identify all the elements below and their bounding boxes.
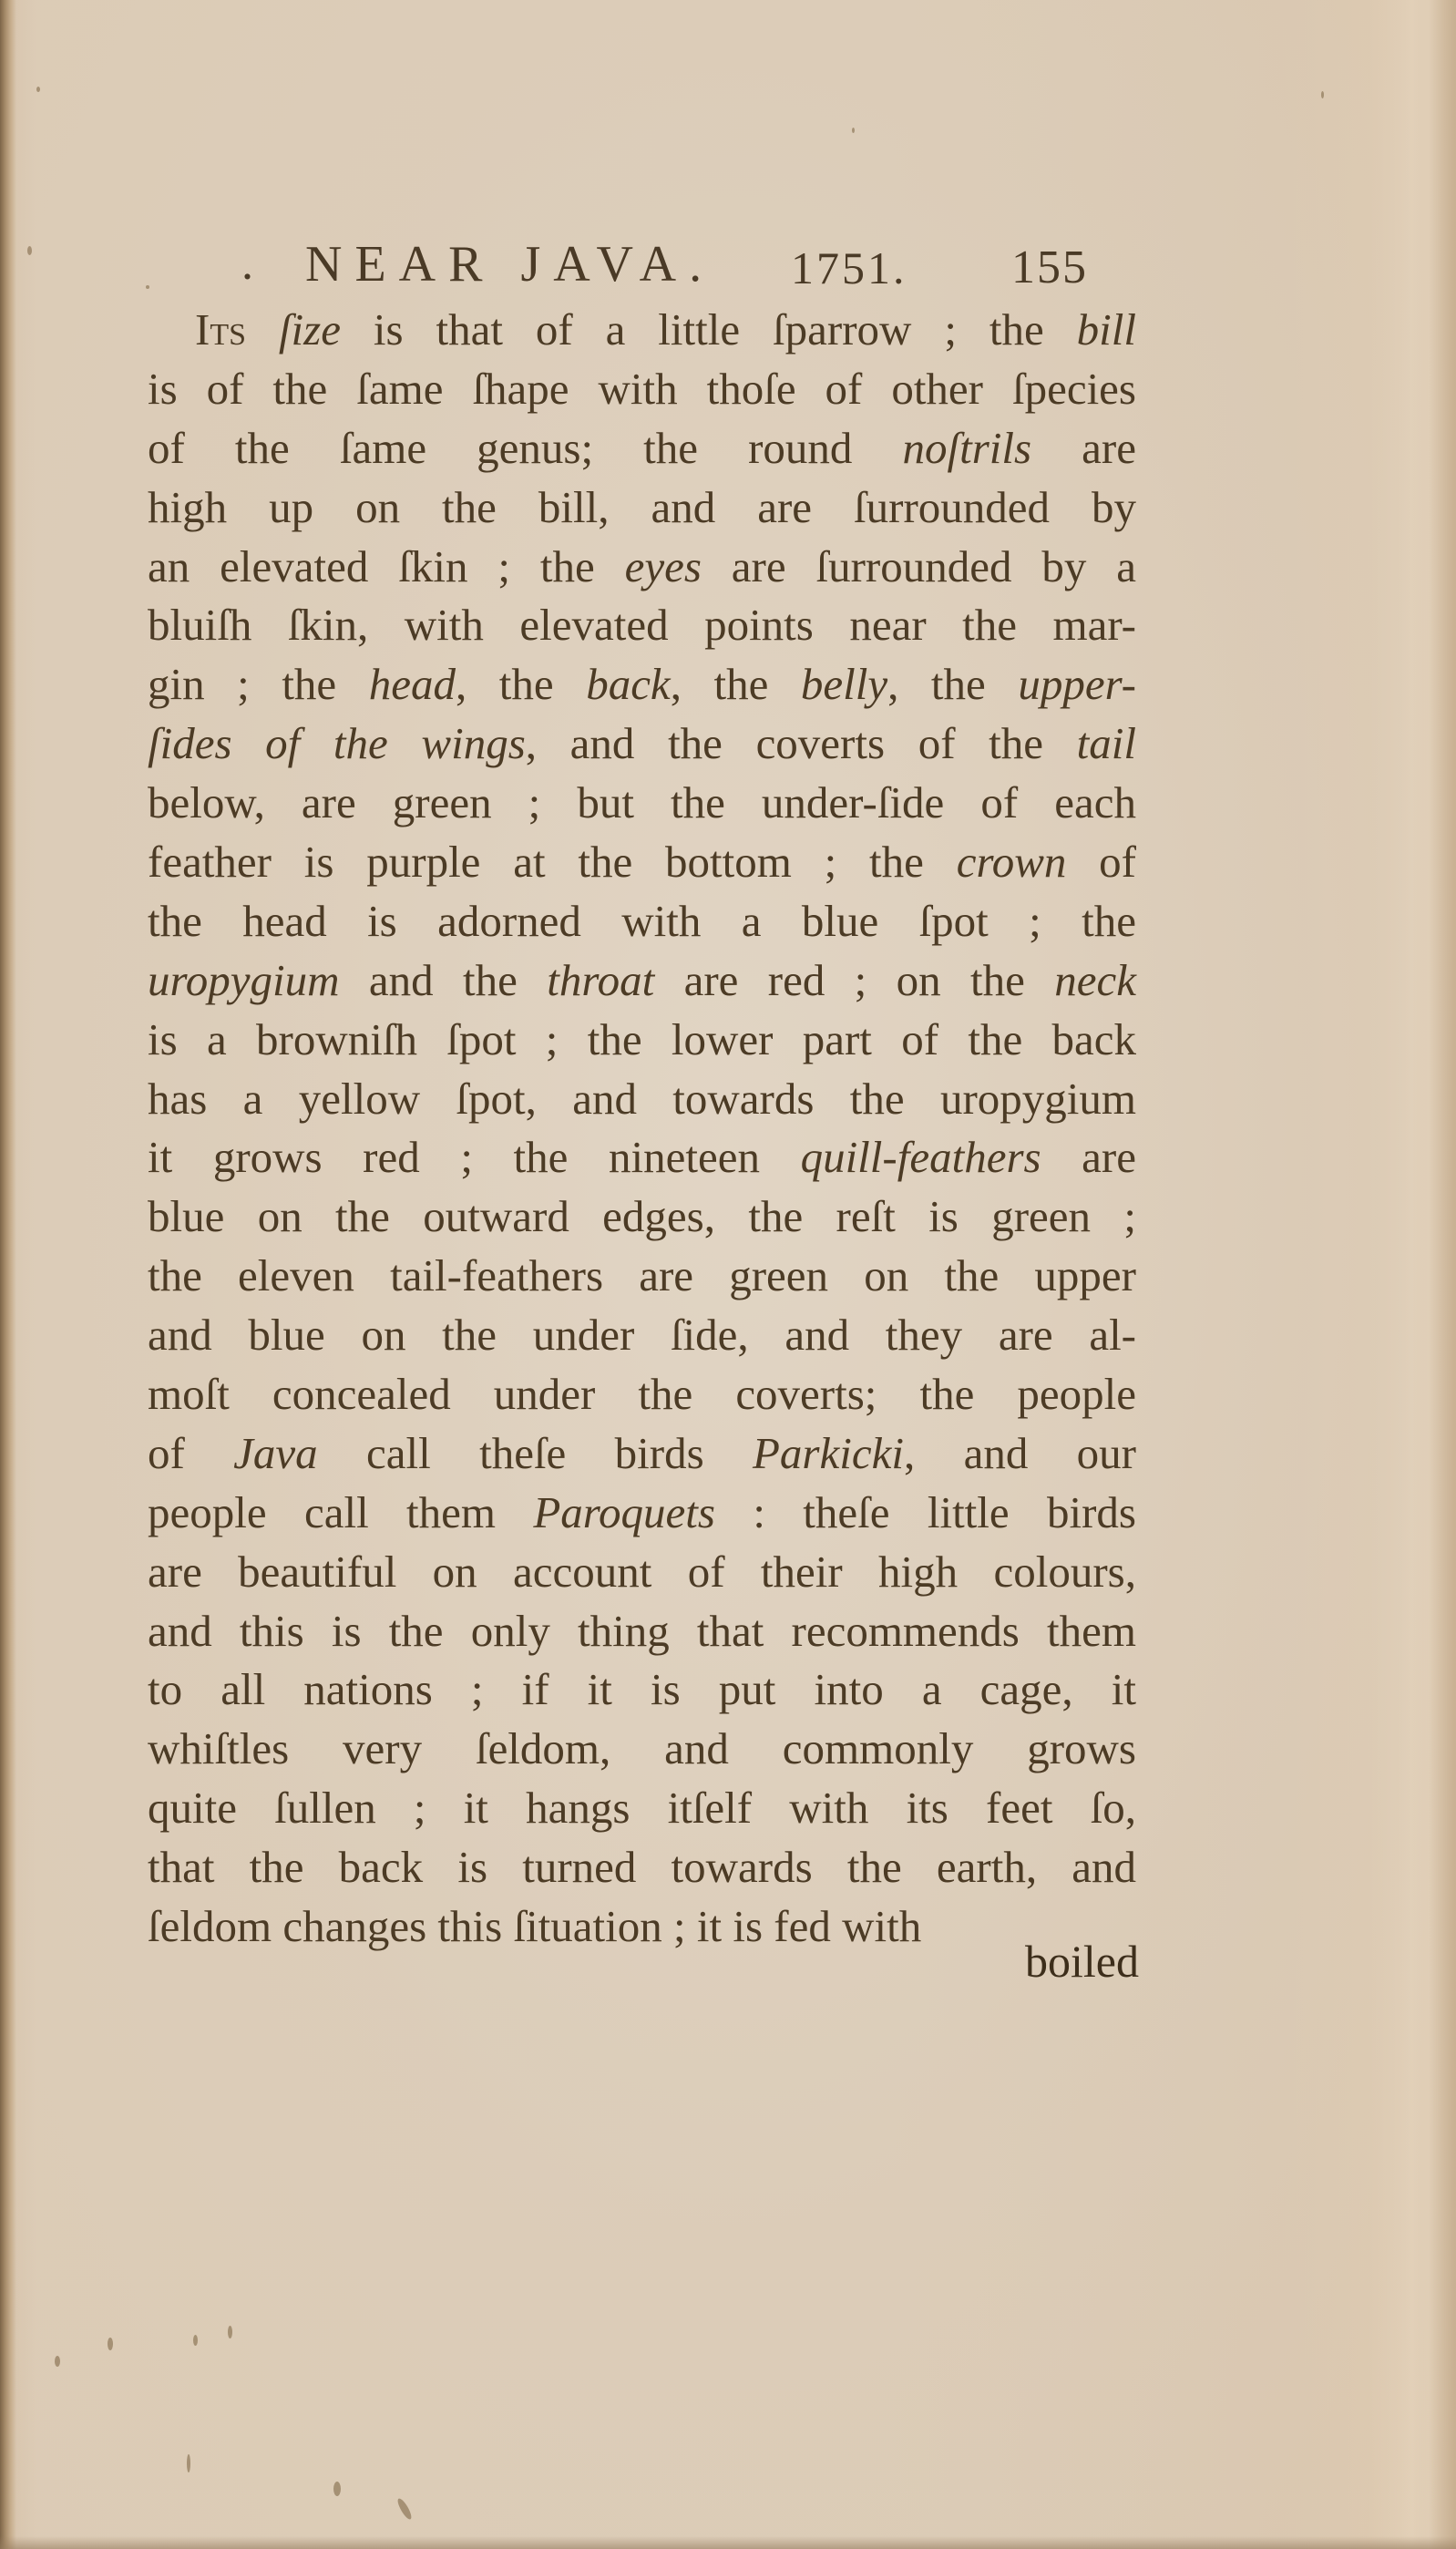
text-run: of bbox=[1066, 837, 1136, 887]
text-run: call theſe birds bbox=[318, 1428, 753, 1478]
italic-term: quill-feathers bbox=[801, 1132, 1041, 1182]
text-run bbox=[246, 304, 279, 355]
text-run: are bbox=[1031, 423, 1136, 473]
text-line: uropygium and the throat are red ; on th… bbox=[148, 951, 1136, 1011]
text-line: the head is adorned with a blue ſpot ; t… bbox=[148, 892, 1136, 951]
text-run: and the bbox=[340, 955, 548, 1005]
text-line: is a browniſh ſpot ; the lower part of t… bbox=[148, 1011, 1136, 1070]
text-line: an elevated ſkin ; the eyes are ſurround… bbox=[148, 538, 1136, 597]
text-run: are red ; on the bbox=[654, 955, 1054, 1005]
text-run: , the bbox=[887, 659, 1018, 709]
text-run: moſt concealed under the coverts; the pe… bbox=[148, 1369, 1136, 1419]
italic-term: belly bbox=[801, 659, 887, 709]
paper-speck bbox=[228, 2326, 232, 2338]
paper-speck bbox=[852, 128, 855, 133]
running-head: . NEAR JAVA. 1751. 155 bbox=[0, 232, 1456, 296]
text-run: people call them bbox=[148, 1487, 533, 1537]
text-line: gin ; the head, the back, the belly, the… bbox=[148, 655, 1136, 714]
text-line: it grows red ; the nineteen quill-feathe… bbox=[148, 1128, 1136, 1187]
italic-term: Paroquets bbox=[533, 1487, 715, 1537]
text-run: Its bbox=[195, 304, 246, 355]
text-run: feather is purple at the bottom ; the bbox=[148, 837, 957, 887]
text-line: is of the ſame ſhape with thoſe of other… bbox=[148, 360, 1136, 419]
italic-term: Java bbox=[233, 1428, 318, 1478]
italic-term: Parkicki bbox=[753, 1428, 904, 1478]
text-line: blue on the outward edges, the reſt is g… bbox=[148, 1187, 1136, 1247]
text-run: gin ; the bbox=[148, 659, 369, 709]
italic-term: eyes bbox=[625, 541, 702, 591]
text-run: of bbox=[148, 1428, 233, 1478]
running-head-year: 1751. bbox=[791, 236, 907, 300]
italic-term: head bbox=[369, 659, 456, 709]
text-run: the eleven tail-feathers are green on th… bbox=[148, 1250, 1136, 1300]
text-run: are beautiful on account of their high c… bbox=[148, 1547, 1136, 1597]
paper-speck bbox=[36, 87, 40, 92]
text-run: bluiſh ſkin, with elevated points near t… bbox=[148, 600, 1136, 650]
paper-speck bbox=[193, 2335, 198, 2346]
text-run: and blue on the under ſide, and they are… bbox=[148, 1310, 1136, 1360]
text-run: has a yellow ſpot, and towards the uropy… bbox=[148, 1074, 1136, 1124]
paper-speck bbox=[333, 2482, 341, 2496]
text-line: people call them Paroquets : theſe littl… bbox=[148, 1484, 1136, 1543]
italic-term: crown bbox=[957, 837, 1067, 887]
text-run: : theſe little birds bbox=[715, 1487, 1136, 1537]
text-line: has a yellow ſpot, and towards the uropy… bbox=[148, 1070, 1136, 1129]
text-line: of Java call theſe birds Parkicki, and o… bbox=[148, 1424, 1136, 1484]
text-run: , and our bbox=[904, 1428, 1136, 1478]
body-paragraph: Its ſize is that of a little ſparrow ; t… bbox=[148, 301, 1136, 1957]
text-run: it grows red ; the nineteen bbox=[148, 1132, 801, 1182]
page-number: 155 bbox=[1011, 236, 1088, 300]
text-run: blue on the outward edges, the reſt is g… bbox=[148, 1191, 1136, 1241]
page-edge-bottom bbox=[0, 2536, 1456, 2549]
gutter-shadow bbox=[0, 0, 16, 2549]
text-run: is that of a little ſparrow ; the bbox=[341, 304, 1077, 355]
text-line: and this is the only thing that recommen… bbox=[148, 1602, 1136, 1661]
text-line: feather is purple at the bottom ; the cr… bbox=[148, 833, 1136, 892]
text-line: Its ſize is that of a little ſparrow ; t… bbox=[148, 301, 1136, 360]
italic-term: bill bbox=[1077, 304, 1136, 355]
italic-term: back bbox=[586, 659, 671, 709]
running-head-dot: . bbox=[241, 232, 253, 296]
text-run: whiſtles very ſeldom, and commonly grows bbox=[148, 1723, 1136, 1773]
text-line: of the ſame genus; the round noſtrils ar… bbox=[148, 419, 1136, 478]
text-line: and blue on the under ſide, and they are… bbox=[148, 1306, 1136, 1365]
text-line: bluiſh ſkin, with elevated points near t… bbox=[148, 596, 1136, 655]
text-run: quite ſullen ; it hangs itſelf with its … bbox=[148, 1783, 1136, 1833]
paper-speck bbox=[1321, 91, 1324, 98]
italic-term: upper- bbox=[1018, 659, 1136, 709]
text-run: that the back is turned towards the eart… bbox=[148, 1842, 1136, 1892]
text-line: below, are green ; but the under-ſide of… bbox=[148, 774, 1136, 833]
text-run: , and the coverts of the bbox=[526, 718, 1077, 768]
text-line: moſt concealed under the coverts; the pe… bbox=[148, 1365, 1136, 1424]
text-line: whiſtles very ſeldom, and commonly grows bbox=[148, 1720, 1136, 1779]
italic-term: uropygium bbox=[148, 955, 340, 1005]
running-head-title: NEAR JAVA. bbox=[305, 232, 714, 296]
book-page: . NEAR JAVA. 1751. 155 Its ſize is that … bbox=[0, 0, 1456, 2549]
catchword: boiled bbox=[966, 1932, 1139, 1990]
text-line: quite ſullen ; it hangs itſelf with its … bbox=[148, 1779, 1136, 1838]
text-run: are ſurrounded by a bbox=[702, 541, 1136, 591]
text-run: are bbox=[1041, 1132, 1136, 1182]
text-run: and this is the only thing that recommen… bbox=[148, 1606, 1136, 1656]
text-line: the eleven tail-feathers are green on th… bbox=[148, 1247, 1136, 1306]
text-line: to all nations ; if it is put into a cag… bbox=[148, 1660, 1136, 1720]
text-run: , the bbox=[671, 659, 801, 709]
italic-term: ſize bbox=[279, 304, 341, 355]
text-line: high up on the bill, and are ſurrounded … bbox=[148, 478, 1136, 538]
italic-term: noſtrils bbox=[903, 423, 1032, 473]
text-run: to all nations ; if it is put into a cag… bbox=[148, 1664, 1136, 1714]
italic-term: throat bbox=[547, 955, 654, 1005]
text-run: an elevated ſkin ; the bbox=[148, 541, 625, 591]
text-run: below, are green ; but the under-ſide of… bbox=[148, 777, 1136, 827]
text-line: ſides of the wings, and the coverts of t… bbox=[148, 714, 1136, 774]
paper-speck bbox=[395, 2497, 414, 2522]
page-edge-right bbox=[1401, 0, 1456, 2549]
text-run: high up on the bill, and are ſurrounded … bbox=[148, 482, 1136, 532]
italic-term: neck bbox=[1054, 955, 1136, 1005]
text-line: that the back is turned towards the eart… bbox=[148, 1838, 1136, 1897]
text-run: the head is adorned with a blue ſpot ; t… bbox=[148, 896, 1136, 946]
text-run: ſeldom changes this ſituation ; it is fe… bbox=[148, 1901, 921, 1951]
text-run: is of the ſame ſhape with thoſe of other… bbox=[148, 364, 1136, 414]
text-line: are beautiful on account of their high c… bbox=[148, 1543, 1136, 1602]
text-run: , the bbox=[456, 659, 586, 709]
italic-term: ſides of the wings bbox=[148, 718, 526, 768]
italic-term: tail bbox=[1077, 718, 1136, 768]
paper-speck bbox=[108, 2338, 113, 2350]
paper-speck bbox=[187, 2454, 190, 2472]
text-run: is a browniſh ſpot ; the lower part of t… bbox=[148, 1014, 1136, 1064]
paper-speck bbox=[55, 2356, 60, 2367]
text-run: of the ſame genus; the round bbox=[148, 423, 903, 473]
